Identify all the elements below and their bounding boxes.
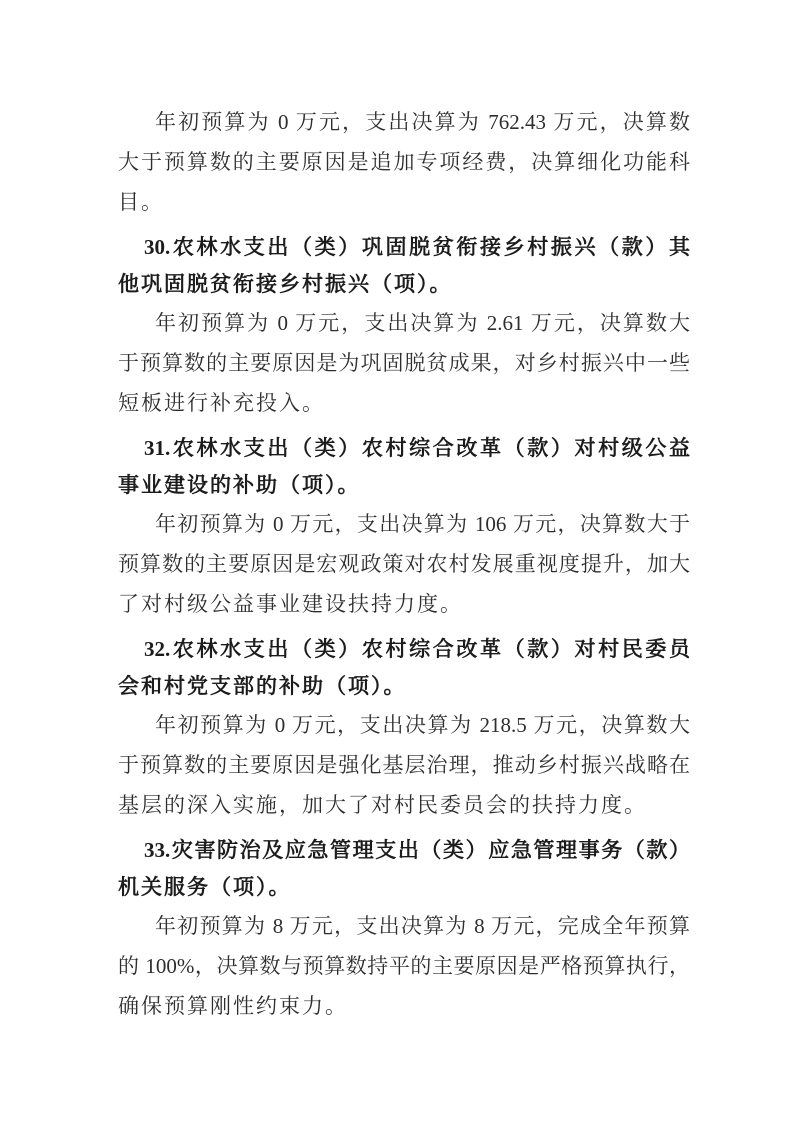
text-line: 会和村党支部的补助（项）。 — [118, 668, 690, 705]
text-line: 33.灾害防治及应急管理支出（类）应急管理事务（款） — [118, 832, 690, 869]
text-line: 于预算数的主要原因是为巩固脱贫成果，对乡村振兴中一些 — [118, 343, 690, 383]
paragraph: 年初预算为 0 万元，支出决算为 762.43 万元，决算数大于预算数的主要原因… — [118, 102, 690, 222]
text-line: 年初预算为 0 万元，支出决算为 2.61 万元，决算数大 — [118, 303, 690, 343]
text-line: 年初预算为 0 万元，支出决算为 218.5 万元，决算数大 — [118, 705, 690, 745]
text-line: 于预算数的主要原因是强化基层治理，推动乡村振兴战略在 — [118, 745, 690, 785]
paragraph: 年初预算为 0 万元，支出决算为 218.5 万元，决算数大于预算数的主要原因是… — [118, 705, 690, 825]
text-line: 确保预算刚性约束力。 — [118, 986, 690, 1026]
text-line: 30.农林水支出（类）巩固脱贫衔接乡村振兴（款）其 — [118, 229, 690, 266]
section-heading: 32.农林水支出（类）农村综合改革（款）对村民委员会和村党支部的补助（项）。 — [118, 631, 690, 705]
document-body: 年初预算为 0 万元，支出决算为 762.43 万元，决算数大于预算数的主要原因… — [118, 102, 690, 1026]
section-heading: 31.农林水支出（类）农村综合改革（款）对村级公益事业建设的补助（项）。 — [118, 430, 690, 504]
text-line: 事业建设的补助（项）。 — [118, 467, 690, 504]
paragraph: 年初预算为 0 万元，支出决算为 2.61 万元，决算数大于预算数的主要原因是为… — [118, 303, 690, 423]
text-line: 目。 — [118, 182, 690, 222]
text-line: 基层的深入实施，加大了对村民委员会的扶持力度。 — [118, 785, 690, 825]
text-line: 年初预算为 0 万元，支出决算为 762.43 万元，决算数 — [118, 102, 690, 142]
text-line: 他巩固脱贫衔接乡村振兴（项）。 — [118, 266, 690, 303]
text-line: 年初预算为 8 万元，支出决算为 8 万元，完成全年预算 — [118, 906, 690, 946]
text-line: 了对村级公益事业建设扶持力度。 — [118, 584, 690, 624]
text-line: 年初预算为 0 万元，支出决算为 106 万元，决算数大于 — [118, 504, 690, 544]
document-page: 年初预算为 0 万元，支出决算为 762.43 万元，决算数大于预算数的主要原因… — [0, 0, 792, 1121]
paragraph: 年初预算为 0 万元，支出决算为 106 万元，决算数大于预算数的主要原因是宏观… — [118, 504, 690, 624]
text-line: 31.农林水支出（类）农村综合改革（款）对村级公益 — [118, 430, 690, 467]
text-line: 32.农林水支出（类）农村综合改革（款）对村民委员 — [118, 631, 690, 668]
section-heading: 33.灾害防治及应急管理支出（类）应急管理事务（款）机关服务（项）。 — [118, 832, 690, 906]
text-line: 预算数的主要原因是宏观政策对农村发展重视度提升，加大 — [118, 544, 690, 584]
text-line: 短板进行补充投入。 — [118, 383, 690, 423]
text-line: 机关服务（项）。 — [118, 869, 690, 906]
paragraph: 年初预算为 8 万元，支出决算为 8 万元，完成全年预算的 100%，决算数与预… — [118, 906, 690, 1026]
text-line: 的 100%，决算数与预算数持平的主要原因是严格预算执行， — [118, 946, 690, 986]
section-heading: 30.农林水支出（类）巩固脱贫衔接乡村振兴（款）其他巩固脱贫衔接乡村振兴（项）。 — [118, 229, 690, 303]
text-line: 大于预算数的主要原因是追加专项经费，决算细化功能科 — [118, 142, 690, 182]
